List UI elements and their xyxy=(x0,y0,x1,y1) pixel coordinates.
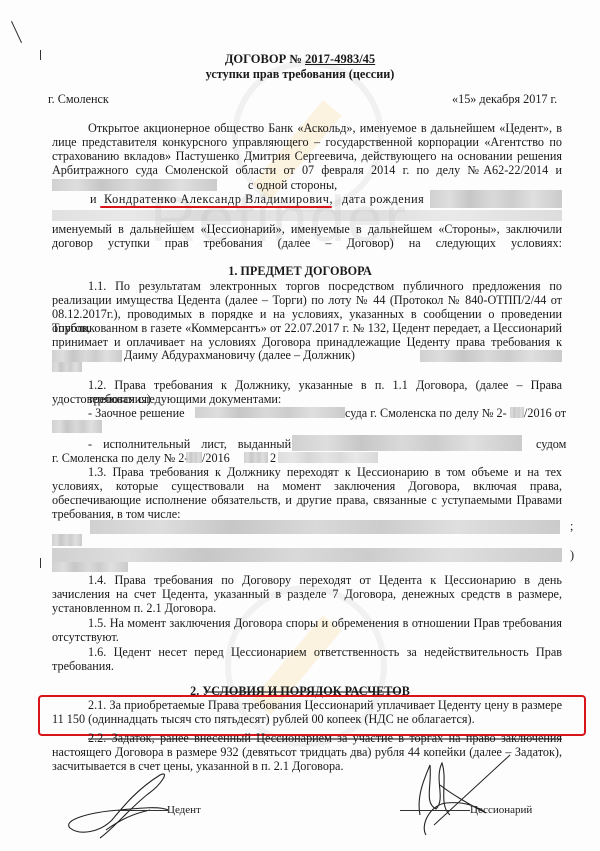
clause-1-4-line: 1.4. Права требования по Договору перехо… xyxy=(88,573,562,587)
contract-subtitle: уступки прав требования (цессии) xyxy=(0,67,600,81)
contract-date: «15» декабря 2017 г. xyxy=(452,92,557,106)
contract-page: Refinder ДОГОВОР № 2017-4983/45 уступки … xyxy=(0,0,600,851)
clause-1-3-line: условиях, которые существовали на момент… xyxy=(52,479,562,493)
buyer-name: Кондратенко Александр Владимирович, xyxy=(104,192,333,206)
preamble-line: страхованию вкладов» Пастушенко Дмитрия … xyxy=(52,149,562,163)
clause-1-4-line: установленном п. 2.1 Договора. xyxy=(52,601,216,615)
redacted-block xyxy=(52,179,217,191)
clause-1-5-line: отсутствуют. xyxy=(52,630,119,644)
doc2-year: /2016 xyxy=(202,451,230,465)
debtor-text: Даиму Абдурахмановичу (далее – Должник) xyxy=(124,348,355,362)
cedent-label: Цедент xyxy=(167,803,201,817)
redacted-block xyxy=(195,407,345,418)
birth-date-label: дата рождения xyxy=(342,192,424,206)
section-1-heading: 1. ПРЕДМЕТ ДОГОВОРА xyxy=(0,264,600,278)
redacted-block xyxy=(292,435,522,451)
contract-number: 2017-4983/45 xyxy=(305,52,375,66)
clause-1-2-line: удостоверяются следующими документами: xyxy=(52,392,281,406)
redacted-block xyxy=(510,407,524,418)
redacted-block xyxy=(244,452,268,463)
price-highlight-box xyxy=(38,695,586,736)
scan-mark xyxy=(40,558,41,568)
redacted-block xyxy=(52,548,562,562)
redacted-block xyxy=(186,452,202,463)
redacted-block xyxy=(90,520,560,534)
preamble-closing-line: именуемый в дальнейшем «Цессионарий», им… xyxy=(52,222,562,236)
cessionary-signature-line xyxy=(400,810,470,811)
clause-strike-line xyxy=(88,738,562,740)
doc1-court: суда г. Смоленска по делу № 2- xyxy=(345,406,507,420)
preamble-line: Арбитражного суда Смоленской области от … xyxy=(52,163,562,177)
clause-1-3-line: обеспечивающие исполнение обязательств, … xyxy=(52,493,562,507)
redacted-line-end: ) xyxy=(570,548,574,562)
cessionary-label: Цессионарий xyxy=(470,803,532,817)
doc2-city: г. Смоленска по делу № 2- xyxy=(52,451,188,465)
redacted-block xyxy=(52,562,128,572)
buyer-name-red-underline xyxy=(100,206,332,208)
clause-1-1-line: 1.1. По результатам электронных торгов п… xyxy=(88,279,562,293)
city: г. Смоленск xyxy=(48,92,109,106)
redacted-block xyxy=(52,350,122,362)
redacted-block xyxy=(52,210,562,221)
redacted-block xyxy=(52,420,102,433)
clause-1-1-line: реализации имущества Цедента (далее – То… xyxy=(52,293,562,307)
clause-1-4-line: зачисления на счет Цедента, указанный в … xyxy=(52,587,562,601)
doc2-tail: 2 xyxy=(270,451,276,465)
preamble-line: Открытое акционерное общество Банк «Аско… xyxy=(88,121,562,135)
redacted-block xyxy=(52,362,82,372)
redacted-block xyxy=(52,534,82,546)
preamble-closing-line: договор уступки прав требования (далее –… xyxy=(52,236,562,250)
redacted-block xyxy=(420,350,562,362)
doc2-court: судом xyxy=(536,437,566,451)
heading-strike-line xyxy=(205,691,400,693)
clause-1-3-line: требования, в том числе: xyxy=(52,507,181,521)
clause-1-6-line: требования. xyxy=(52,659,114,673)
clause-1-1-line: опубликованном в газете «Коммерсантъ» от… xyxy=(52,321,562,335)
doc1-label: - Заочное решение xyxy=(88,406,185,420)
cessionary-signature-icon xyxy=(390,745,520,840)
and-text: и xyxy=(90,192,97,206)
clause-1-6-line: 1.6. Цедент несет перед Цессионарием отв… xyxy=(88,645,562,659)
cedent-signature-line xyxy=(118,810,168,811)
preamble-line: лице представителя конкурсного управляющ… xyxy=(52,135,562,149)
one-side-text: с одной стороны, xyxy=(248,178,337,192)
clause-1-5-line: 1.5. На момент заключения Договора споры… xyxy=(88,616,562,630)
contract-title: ДОГОВОР № 2017-4983/45 xyxy=(0,52,600,66)
redacted-block xyxy=(278,452,378,463)
clause-1-1-line: принимает и оплачивает на условиях Догов… xyxy=(52,335,562,349)
clause-1-3-line: 1.3. Права требования к Должнику переход… xyxy=(88,465,562,479)
redacted-line-end: ; xyxy=(570,519,573,533)
cedent-signature-icon xyxy=(60,770,180,845)
redacted-birth-date xyxy=(430,190,562,208)
doc2-label: - исполнительный лист, выданный xyxy=(88,437,291,451)
scan-mark xyxy=(11,21,22,43)
doc1-year: /2016 от xyxy=(524,406,566,420)
title-prefix: ДОГОВОР № xyxy=(225,52,302,66)
